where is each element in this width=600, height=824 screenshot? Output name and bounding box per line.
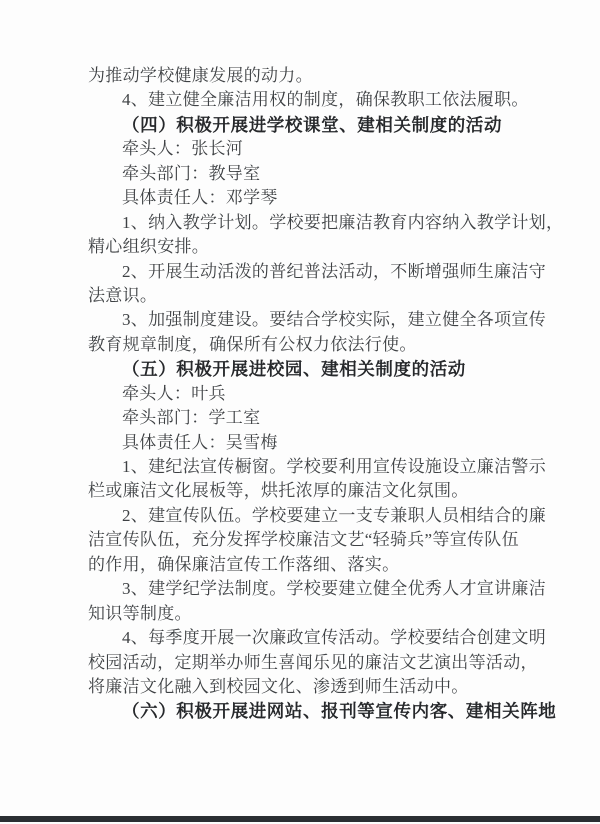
text-line: 具体责任人：邓学琴 bbox=[88, 186, 528, 210]
text-line: 牵头人：张长河 bbox=[88, 137, 528, 161]
text-line: 栏或廉洁文化展板等，烘托浓厚的廉洁文化氛围。 bbox=[88, 479, 528, 503]
text-line: 牵头部门：教导室 bbox=[88, 162, 528, 186]
text-line: 2、建宣传队伍。学校要建立一支专兼职人员相结合的廉 bbox=[88, 504, 528, 528]
text-line: 教育规章制度，确保所有公权力依法行使。 bbox=[88, 333, 528, 357]
scanner-edge-bar bbox=[0, 816, 600, 822]
text-line: 3、加强制度建设。要结合学校实际，建立健全各项宣传 bbox=[88, 308, 528, 332]
text-line: 校园活动，定期举办师生喜闻乐见的廉洁文艺演出等活动， bbox=[88, 651, 528, 675]
text-line: 为推动学校健康发展的动力。 bbox=[88, 64, 528, 88]
text-line: 法意识。 bbox=[88, 284, 528, 308]
text-line: 精心组织安排。 bbox=[88, 235, 528, 259]
section-heading: （六）积极开展进网站、报刊等宣传内客、建相关阵地 bbox=[88, 699, 528, 723]
text-line: 3、建学纪学法制度。学校要建立健全优秀人才宣讲廉洁 bbox=[88, 577, 528, 601]
text-line: 1、纳入教学计划。学校要把廉洁教育内容纳入教学计划， bbox=[88, 211, 528, 235]
text-line: 的作用，确保廉洁宣传工作落细、落实。 bbox=[88, 553, 528, 577]
text-line: 4、建立健全廉洁用权的制度，确保教职工依法履职。 bbox=[88, 88, 528, 112]
scanned-document-page: 为推动学校健康发展的动力。 4、建立健全廉洁用权的制度，确保教职工依法履职。 （… bbox=[0, 0, 600, 824]
text-line: 具体责任人：吴雪梅 bbox=[88, 431, 528, 455]
document-body: 为推动学校健康发展的动力。 4、建立健全廉洁用权的制度，确保教职工依法履职。 （… bbox=[88, 64, 528, 724]
section-heading: （四）积极开展进学校课堂、建相关制度的活动 bbox=[88, 113, 528, 137]
text-line: 2、开展生动活泼的普纪普法活动，不断增强师生廉洁守 bbox=[88, 260, 528, 284]
section-heading: （五）积极开展进校园、建相关制度的活动 bbox=[88, 357, 528, 381]
text-line: 1、建纪法宣传橱窗。学校要利用宣传设施设立廉洁警示 bbox=[88, 455, 528, 479]
text-line: 牵头部门：学工室 bbox=[88, 406, 528, 430]
text-line: 洁宣传队伍，充分发挥学校廉洁文艺“轻骑兵”等宣传队伍 bbox=[88, 528, 528, 552]
text-line: 知识等制度。 bbox=[88, 602, 528, 626]
text-line: 4、每季度开展一次廉政宣传活动。学校要结合创建文明 bbox=[88, 626, 528, 650]
text-line: 牵头人：叶兵 bbox=[88, 382, 528, 406]
text-line: 将廉洁文化融入到校园文化、渗透到师生活动中。 bbox=[88, 675, 528, 699]
